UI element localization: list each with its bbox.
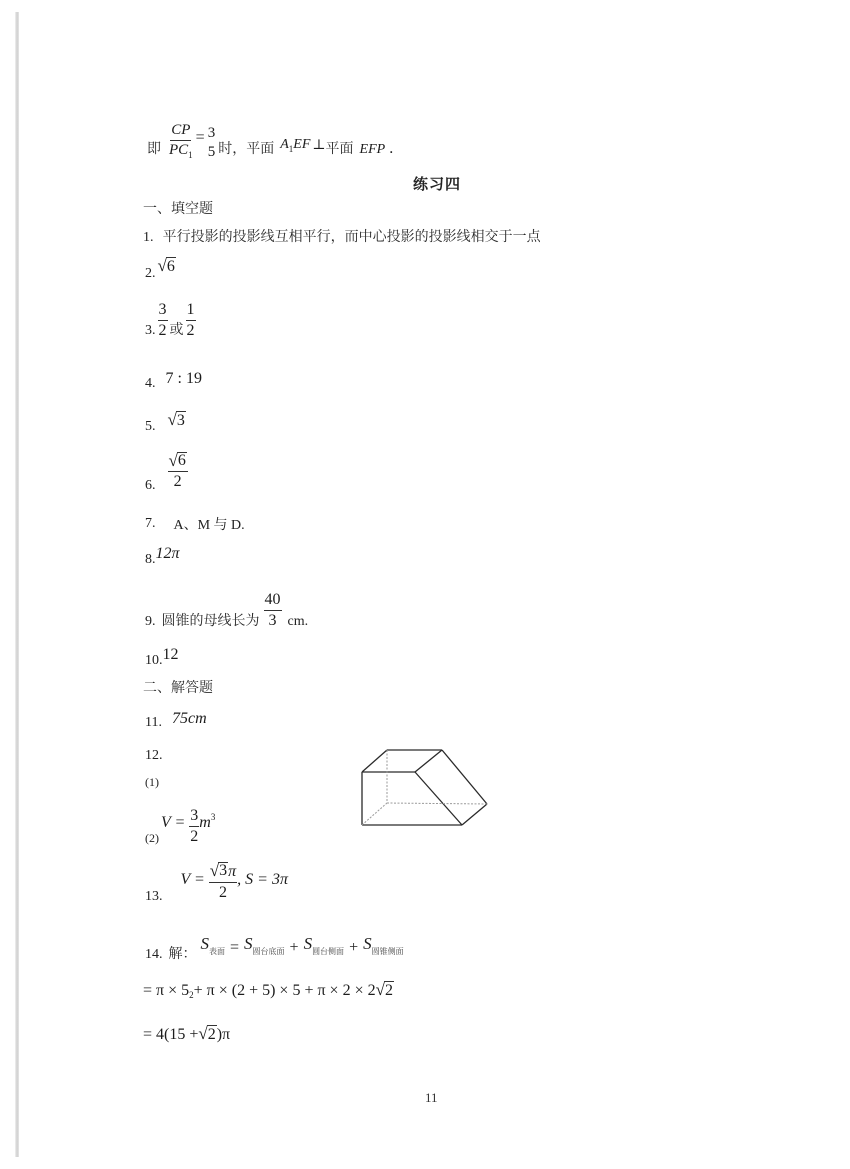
intro-mid-text: 时，平面 [218,138,274,158]
question-14-line-2: = π × 52 + π × (2 + 5) × 5 + π × 2 × 2√2 [143,980,394,1000]
question-5: 5. √3 [145,410,186,435]
three-fifths-fraction: 3 5 [207,126,217,160]
question-11-answer: 75cm [172,710,207,728]
frustum-base-term: S圆台底面 [244,934,285,957]
sqrt-6: √6 [158,256,176,276]
one-half-fraction: 12 [186,302,196,339]
three-halves-fraction: 32 [158,302,168,339]
plane-efp: EFP [360,142,386,158]
question-8: 8. 12π [145,545,180,568]
cone-lateral-term: S圆锥侧面 [363,934,404,957]
surface-area: , S = 3π [237,871,288,889]
question-7-answer: A、M 与 D. [174,514,245,534]
perpendicular-symbol: ⊥ [312,137,325,154]
question-1: 1. 平行投影的投影线互相平行，而中心投影的投影线相交于一点 [143,226,541,246]
volume-sqrt3pi-over-2: √3π 2 [209,862,237,901]
question-12-sub1-label: (1) [145,775,159,790]
volume-fraction: 32 [189,808,199,845]
question-7: 7. A、M 与 D. [145,514,245,534]
question-12-sub2: (2) V = 32 m3 [145,808,215,846]
sqrt6-over-2-fraction: √6 2 [168,452,188,490]
intro-prefix: 即 [147,138,161,158]
question-4: 4. 7 : 19 [145,370,202,392]
prism-figure [355,742,495,832]
sqrt-2: √2 [376,980,394,1000]
ratio-answer: 7 : 19 [166,370,202,388]
sqrt-2: √2 [198,1024,216,1044]
question-1-answer: 平行投影的投影线互相平行，而中心投影的投影线相交于一点 [163,229,541,245]
page-number: 11 [425,1090,438,1106]
cp-over-pc1-fraction: CP PC1 [169,123,193,160]
volume-unit: m3 [199,812,215,832]
surface-total-term: S表面 [201,934,226,957]
fraction-numerator: CP [170,123,191,141]
scan-edge-line [15,12,19,1157]
plane-a1ef: A1EF [280,137,310,154]
question-10: 10. 12 [145,646,179,669]
question-3: 3. 32 或 12 [145,302,196,339]
section-title: 练习四 [413,173,461,194]
equals-sign: = [196,129,205,147]
question-6: 6. √6 2 [145,452,188,494]
forty-thirds-fraction: 403 [264,592,282,629]
fraction-denominator: PC [169,142,188,158]
question-11: 11. 75cm [145,710,207,731]
question-9: 9. 圆锥的母线长为 403 cm. [145,592,308,630]
frustum-lateral-term: S圆台侧面 [304,934,345,957]
question-14: 14. 解： S表面 = S圆台底面 + S圆台侧面 + S圆锥侧面 [145,934,404,963]
question-14-line-3: = 4(15 + √2)π [143,1024,230,1044]
intro-line: 即 CP PC1 = 3 5 时，平面 A1EF ⊥ 平面 EFP . [147,116,393,160]
question-12-number: 12. [145,748,163,764]
question-8-answer: 12π [156,545,180,563]
question-13: 13. V = √3π 2 , S = 3π [145,862,288,901]
question-10-answer: 12 [163,646,179,664]
part1-heading: 一、填空题 [143,198,213,218]
sqrt-3: √3 [168,410,186,430]
question-2: 2. √6 [145,256,176,282]
part2-heading: 二、解答题 [143,677,213,697]
